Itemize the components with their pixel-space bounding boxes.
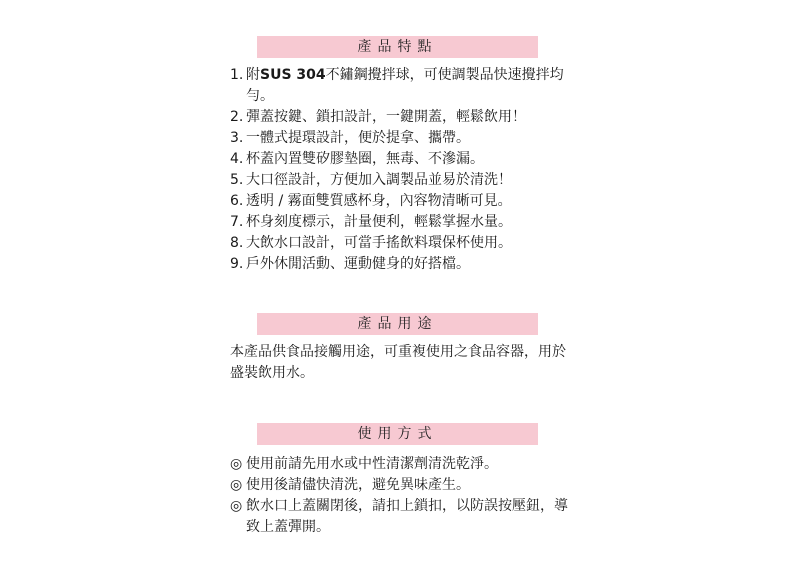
instruction-text: 飲水口上蓋關閉後，請扣上鎖扣，以防誤按壓鈕，導致上蓋彈開。 [246,496,575,538]
instruction-item-2: ◎ 使用後請儘快清洗，避免異味產生。 [230,475,575,496]
usage-section: 本產品供食品接觸用途，可重複使用之食品容器，用於盛裝飲用水。 [230,342,575,384]
feature-text: 杯蓋內置雙矽膠墊圈，無毒、不滲漏。 [246,149,575,170]
feature-number: 8. [230,233,246,254]
usage-heading: 產品用途 [257,313,538,335]
feature-text: 附 [246,67,260,83]
instruction-item-3: ◎ 飲水口上蓋關閉後，請扣上鎖扣，以防誤按壓鈕，導致上蓋彈開。 [230,496,575,538]
features-heading: 產品特點 [257,36,538,58]
double-circle-bullet-icon: ◎ [230,496,246,538]
feature-item-1: 1. 附SUS 304不鏽鋼攪拌球，可使調製品快速攪拌均勻。 [230,65,575,107]
feature-text: 彈蓋按鍵、鎖扣設計，一鍵開蓋，輕鬆飲用！ [246,107,575,128]
double-circle-bullet-icon: ◎ [230,475,246,496]
feature-number: 5. [230,170,246,191]
feature-number: 6. [230,191,246,212]
feature-number: 1. [230,65,246,107]
feature-text: 杯身刻度標示，計量便利，輕鬆掌握水量。 [246,212,575,233]
feature-number: 4. [230,149,246,170]
instructions-list: ◎ 使用前請先用水或中性清潔劑清洗乾淨。 ◎ 使用後請儘快清洗，避免異味產生。 … [230,454,575,538]
feature-item-7: 7. 杯身刻度標示，計量便利，輕鬆掌握水量。 [230,212,575,233]
instruction-item-1: ◎ 使用前請先用水或中性清潔劑清洗乾淨。 [230,454,575,475]
usage-text: 本產品供食品接觸用途，可重複使用之食品容器，用於盛裝飲用水。 [230,342,575,384]
instruction-text: 使用後請儘快清洗，避免異味產生。 [246,475,575,496]
feature-text: 大飲水口設計，可當手搖飲料環保杯使用。 [246,233,575,254]
feature-item-5: 5. 大口徑設計，方便加入調製品並易於清洗！ [230,170,575,191]
feature-number: 7. [230,212,246,233]
feature-item-4: 4. 杯蓋內置雙矽膠墊圈，無毒、不滲漏。 [230,149,575,170]
feature-text: 大口徑設計，方便加入調製品並易於清洗！ [246,170,575,191]
feature-number: 3. [230,128,246,149]
feature-number: 2. [230,107,246,128]
feature-item-6: 6. 透明 / 霧面雙質感杯身，內容物清晰可見。 [230,191,575,212]
feature-number: 9. [230,254,246,275]
instructions-heading: 使用方式 [257,423,538,445]
features-list: 1. 附SUS 304不鏽鋼攪拌球，可使調製品快速攪拌均勻。 2. 彈蓋按鍵、鎖… [230,65,575,275]
feature-text: 透明 / 霧面雙質感杯身，內容物清晰可見。 [246,191,575,212]
instruction-text: 使用前請先用水或中性清潔劑清洗乾淨。 [246,454,575,475]
feature-item-3: 3. 一體式提環設計，便於提拿、攜帶。 [230,128,575,149]
feature-text: 一體式提環設計，便於提拿、攜帶。 [246,128,575,149]
feature-bold-text: SUS 304 [260,67,326,83]
feature-item-9: 9. 戶外休閒活動、運動健身的好搭檔。 [230,254,575,275]
feature-item-8: 8. 大飲水口設計，可當手搖飲料環保杯使用。 [230,233,575,254]
feature-item-2: 2. 彈蓋按鍵、鎖扣設計，一鍵開蓋，輕鬆飲用！ [230,107,575,128]
feature-text: 戶外休閒活動、運動健身的好搭檔。 [246,254,575,275]
double-circle-bullet-icon: ◎ [230,454,246,475]
